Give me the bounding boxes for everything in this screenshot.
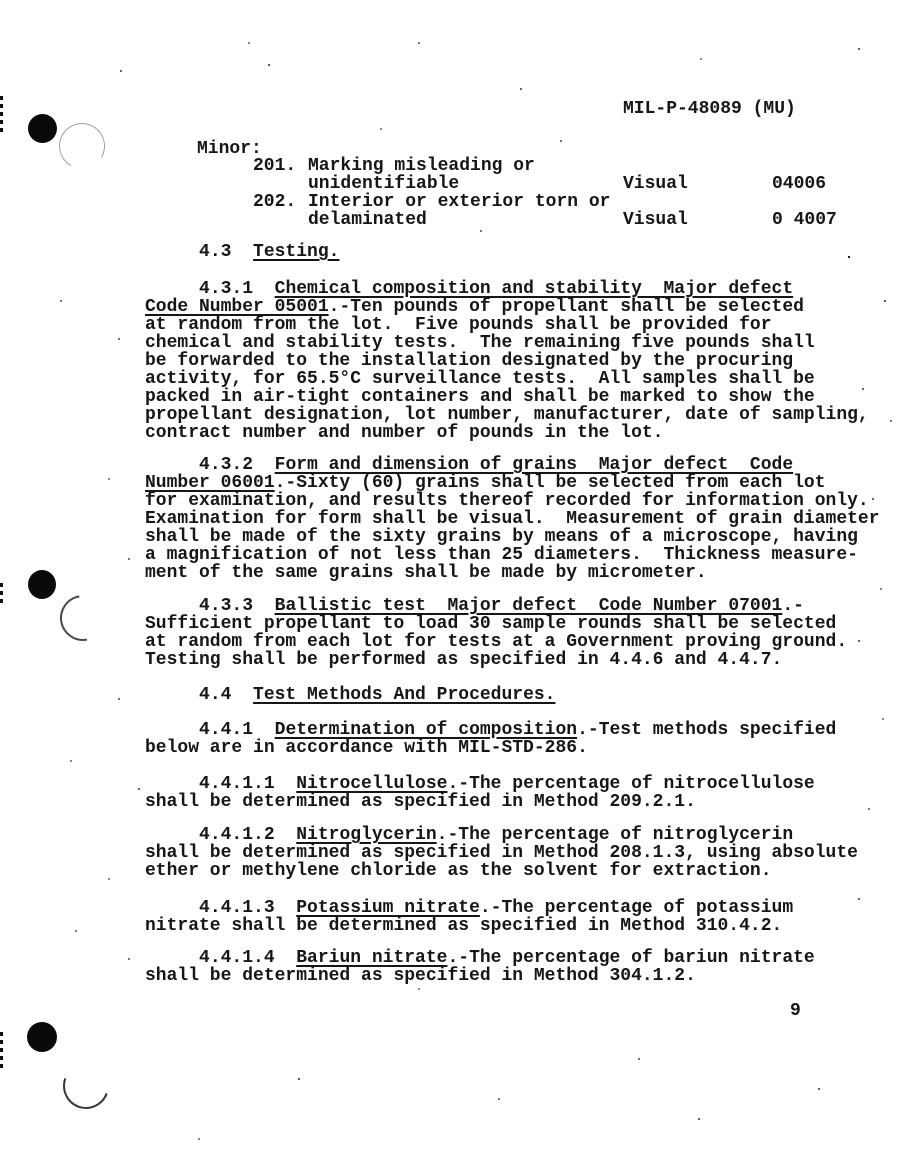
defect-code: 04006 [772,175,826,193]
table-row: 201. Marking misleading or unidentifiabl… [197,157,897,193]
text-run: 4.3.3 [145,596,275,616]
scan-noise [0,0,2,2]
underlined-heading-text: Nitrocellulose [296,774,447,794]
underlined-heading-text: Testing. [253,242,339,262]
underlined-heading-text: Potassium nitrate [296,898,480,918]
text-run: 4.3.2 [145,455,275,475]
underlined-heading-text: Determination of composition [275,720,577,740]
defect-code: 0 4007 [772,211,837,229]
defect-description: Marking misleading or unidentifiable [308,157,535,193]
paragraph-4-3-2: 4.3.2 Form and dimension of grains Major… [145,456,897,582]
defect-description: Interior or exterior torn or delaminated [308,193,610,229]
page-number: 9 [790,1002,801,1020]
inspection-method: Visual [623,211,688,229]
text-run: 4.3.1 [145,279,275,299]
hole-punch-bottom [27,1022,57,1052]
hole-punch-ring-artifact-bottom [55,1055,116,1116]
text-run: 4.4 [145,685,253,705]
text-run: 4.4.1.2 [145,825,296,845]
underlined-heading-text: Code Number 05001 [145,297,329,317]
table-row: 202. Interior or exterior torn or delami… [197,193,897,229]
defect-number: 201. [253,157,296,175]
paragraph-4-4-1-2: 4.4.1.2 Nitroglycerin.-The percentage of… [145,826,897,880]
text-run: 4.4.1.4 [145,948,296,968]
scan-edge-artifact [0,1032,3,1068]
section-heading-4-4: 4.4 Test Methods And Procedures. [145,686,897,704]
paragraph-4-4-1: 4.4.1 Determination of composition.-Test… [145,721,897,757]
hole-punch-ring-artifact-top [54,118,110,174]
scanned-document-page: MIL-P-48089 (MU) Minor: 201. Marking mis… [0,0,919,1175]
underlined-heading-text: Nitroglycerin [296,825,436,845]
paragraph-4-3-1: 4.3.1 Chemical composition and stability… [145,280,897,442]
paragraph-4-3-3: 4.3.3 Ballistic test Major defect Code N… [145,597,897,669]
hole-punch-top [28,114,57,143]
scan-edge-artifact [0,583,3,605]
paragraph-4-4-1-3: 4.4.1.3 Potassium nitrate.-The percentag… [145,899,897,935]
underlined-heading-text: Chemical composition and stability Major… [275,279,793,299]
scan-edge-artifact [0,96,3,136]
defect-number: 202. [253,193,296,211]
section-heading-4-3: 4.3 Testing. [145,243,897,261]
underlined-heading-text: Number 06001 [145,473,275,493]
text-run: 4.4.1.1 [145,774,296,794]
text-run: 4.4.1.3 [145,898,296,918]
text-run: 4.4.1 [145,720,275,740]
underlined-heading-text: Bariun nitrate [296,948,447,968]
underlined-heading-text: Ballistic test Major defect Code Number … [275,596,783,616]
hole-punch-ring-artifact-middle [51,586,115,650]
hole-punch-middle [28,570,56,599]
underlined-heading-text: Form and dimension of grains Major defec… [275,455,793,475]
text-run: 4.3 [145,242,253,262]
paragraph-4-4-1-4: 4.4.1.4 Bariun nitrate.-The percentage o… [145,949,897,985]
inspection-method: Visual [623,175,688,193]
spec-number: MIL-P-48089 (MU) [623,100,796,118]
underlined-heading-text: Test Methods And Procedures. [253,685,555,705]
text-run: .-Ten pounds of propellant shall be sele… [145,297,869,443]
paragraph-4-4-1-1: 4.4.1.1 Nitrocellulose.-The percentage o… [145,775,897,811]
